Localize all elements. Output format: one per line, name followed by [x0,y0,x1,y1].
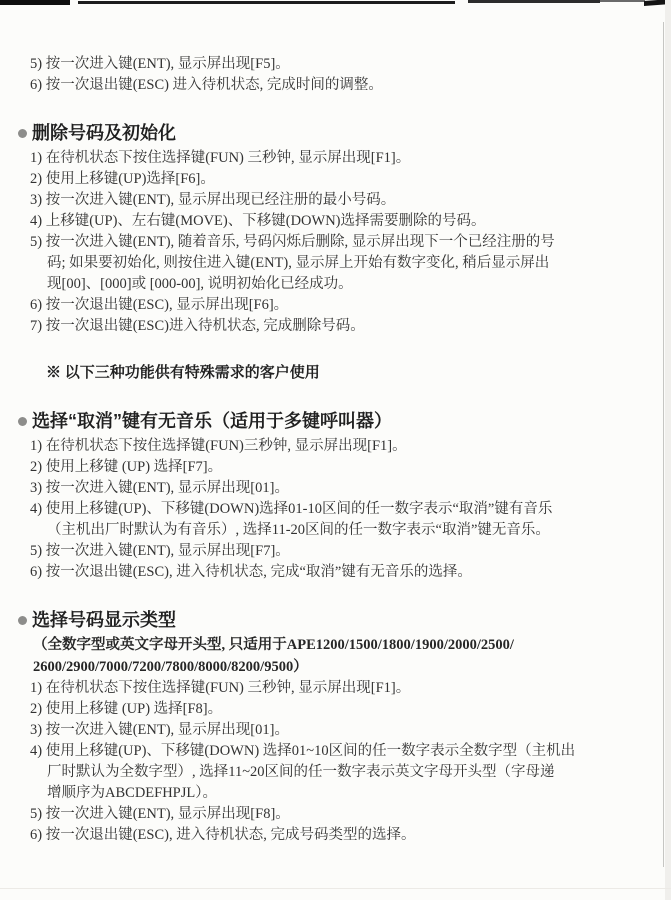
list-item: 3) 按一次进入键(ENT), 显示屏出现[01]。 [30,478,637,499]
special-note: ※ 以下三种功能供有特殊需求的客户使用 [46,363,637,384]
list-item: 4) 使用上移键(UP)、下移键(DOWN) 选择01~10区间的任一数字表示全… [30,741,637,804]
section-title: 删除号码及初始化 [32,121,176,145]
section-heading: 选择“取消”键有无音乐（适用于多键呼叫器） [30,409,637,433]
list-item: 3) 按一次进入键(ENT), 显示屏出现[01]。 [30,720,637,741]
list-item: 7) 按一次退出键(ESC)进入待机状态, 完成删除号码。 [30,316,637,337]
page-content: 5) 按一次进入键(ENT), 显示屏出现[F5]。 6) 按一次退出键(ESC… [0,0,671,846]
bullet-icon [18,417,27,426]
list-item: 1) 在待机状态下按住选择键(FUN) 三秒钟, 显示屏出现[F1]。 [30,148,637,169]
section-delete-numbers: 删除号码及初始化 1) 在待机状态下按住选择键(FUN) 三秒钟, 显示屏出现[… [30,121,637,337]
list-item: 6) 按一次退出键(ESC), 进入待机状态, 完成“取消”键有无音乐的选择。 [30,562,637,583]
list-item: 3) 按一次进入键(ENT), 显示屏出现已经注册的最小号码。 [30,190,637,211]
section-heading: 删除号码及初始化 [30,121,637,145]
bullet-icon [18,129,27,138]
section-number-display-type: 选择号码显示类型 （全数字型或英文字母开头型, 只适用于APE1200/1500… [30,608,637,846]
list-item: 5) 按一次进入键(ENT), 随着音乐, 号码闪烁后删除, 显示屏出现下一个已… [30,232,637,295]
list-item: 2) 使用上移键(UP)选择[F6]。 [30,169,637,190]
intro-steps: 5) 按一次进入键(ENT), 显示屏出现[F5]。 6) 按一次退出键(ESC… [30,54,637,96]
scan-artifact-bottom-line [0,888,671,889]
list-item: 6) 按一次退出键(ESC), 显示屏出现[F6]。 [30,295,637,316]
scanned-manual-page: 5) 按一次进入键(ENT), 显示屏出现[F5]。 6) 按一次退出键(ESC… [0,0,671,900]
section-cancel-key-music: 选择“取消”键有无音乐（适用于多键呼叫器） 1) 在待机状态下按住选择键(FUN… [30,409,637,583]
list-item: 5) 按一次进入键(ENT), 显示屏出现[F7]。 [30,541,637,562]
section-subtitle: （全数字型或英文字母开头型, 只适用于APE1200/1500/1800/190… [30,635,637,678]
list-item: 6) 按一次退出键(ESC), 进入待机状态, 完成号码类型的选择。 [30,825,637,846]
list-item: 2) 使用上移键 (UP) 选择[F8]。 [30,699,637,720]
list-item: 4) 使用上移键(UP)、下移键(DOWN)选择01-10区间的任一数字表示“取… [30,499,637,541]
list-item: 1) 在待机状态下按住选择键(FUN) 三秒钟, 显示屏出现[F1]。 [30,678,637,699]
section-title: 选择号码显示类型 [32,608,176,632]
list-item: 6) 按一次退出键(ESC) 进入待机状态, 完成时间的调整。 [30,75,637,96]
bullet-icon [18,616,27,625]
section-heading: 选择号码显示类型 [30,608,637,632]
list-item: 1) 在待机状态下按住选择键(FUN)三秒钟, 显示屏出现[F1]。 [30,436,637,457]
list-item: 2) 使用上移键 (UP) 选择[F7]。 [30,457,637,478]
section-title: 选择“取消”键有无音乐（适用于多键呼叫器） [32,409,392,433]
list-item: 5) 按一次进入键(ENT), 显示屏出现[F8]。 [30,804,637,825]
list-item: 4) 上移键(UP)、左右键(MOVE)、下移键(DOWN)选择需要删除的号码。 [30,211,637,232]
list-item: 5) 按一次进入键(ENT), 显示屏出现[F5]。 [30,54,637,75]
